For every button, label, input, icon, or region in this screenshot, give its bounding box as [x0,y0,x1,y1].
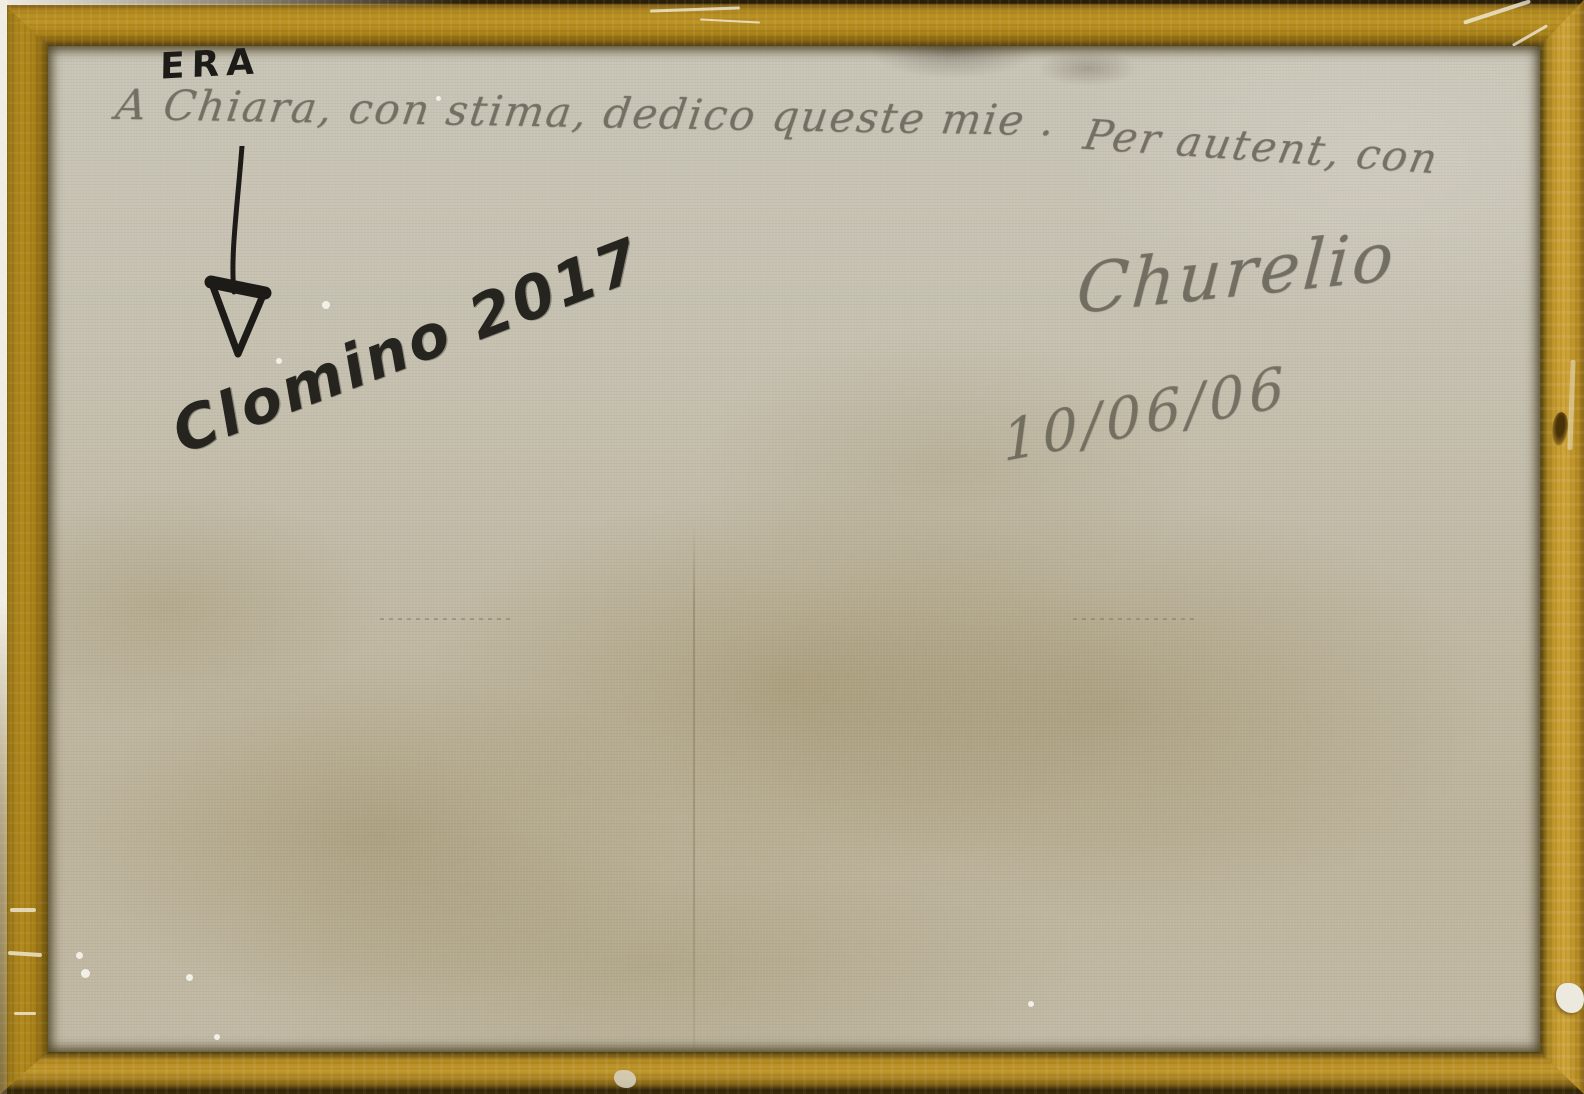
paint-speck [186,974,193,981]
frame-scratch [8,951,42,957]
canvas-seam-mark [380,618,510,620]
pencil-signature: Churelio [1074,217,1399,331]
dedication-inscription-line1: A Chiara, con stima, dedico queste mie . [113,80,1060,145]
canvas-seam-mark [1073,618,1198,620]
frame-scratch [1463,0,1531,25]
canvas-crease [693,524,695,1052]
photo-edge-highlight [0,0,7,1094]
frame-scratch [650,6,740,12]
frame-scratch [14,1012,36,1015]
canvas-back: ERA A Chiara, con stima, dedico queste m… [48,46,1540,1052]
frame-scratch [700,18,760,23]
date-inscription: 10/06/06 [1001,354,1291,475]
frame-scratch [1567,360,1575,450]
paint-speck [1028,1001,1034,1007]
frame-left [0,0,48,1094]
frame-top [0,0,1584,46]
photo-edge-highlight [0,0,470,5]
frame-scratch [10,908,36,912]
paint-speck [322,301,330,309]
paint-chip [614,1070,636,1088]
frame-right [1540,0,1584,1094]
dedication-inscription-line2: Per autent, con [1080,110,1444,183]
paint-chip [1556,983,1584,1013]
paint-speck [81,969,90,978]
paint-speck [214,1034,220,1040]
frame-bottom [0,1052,1584,1094]
artwork-back-photo: ERA A Chiara, con stima, dedico queste m… [0,0,1584,1094]
paint-speck [76,952,83,959]
